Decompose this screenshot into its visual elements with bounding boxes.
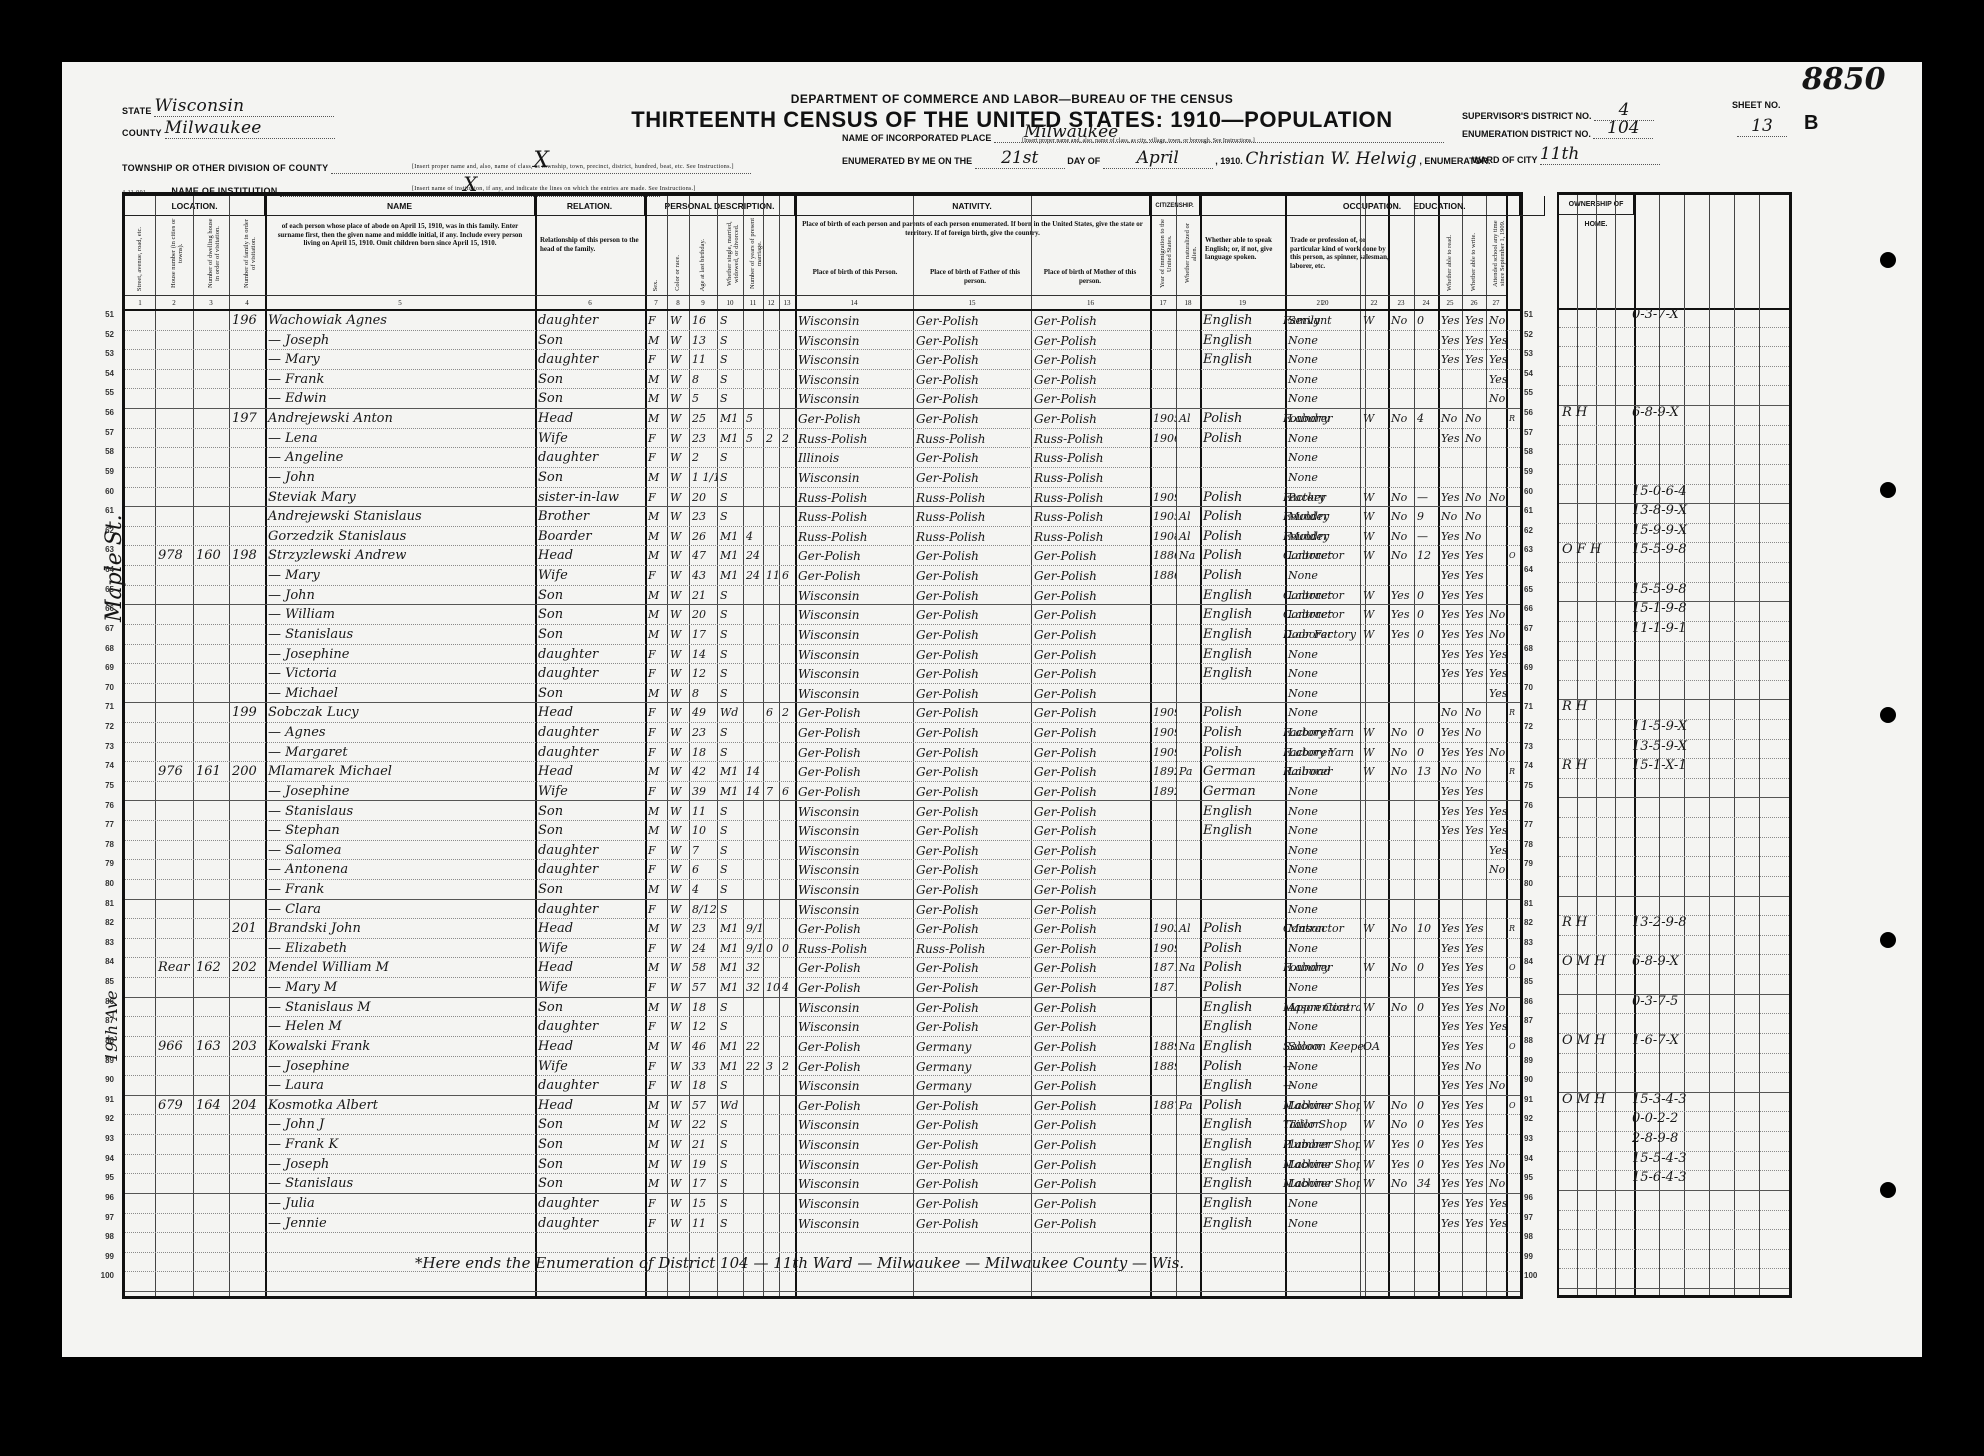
cell-race: W	[667, 1057, 689, 1076]
cell-race	[667, 1272, 689, 1291]
cell-nat	[1176, 1155, 1200, 1174]
cell-emp	[1360, 939, 1388, 958]
table-row	[125, 1272, 1520, 1292]
cell-dwelling	[193, 860, 229, 879]
cell-own: O	[1506, 546, 1520, 565]
cell-own	[1506, 350, 1520, 369]
cell-nat	[1176, 1115, 1200, 1134]
cell-lang	[1200, 448, 1285, 467]
column-number: 23	[1388, 295, 1414, 310]
cell-age: 26	[689, 527, 717, 546]
cell-name: — Frank K	[265, 1135, 535, 1154]
cell-marital: S	[717, 1174, 743, 1193]
cell-school	[1486, 429, 1506, 448]
cell-school: Yes	[1486, 370, 1506, 389]
cell-mother: Ger-Polish	[1031, 684, 1150, 703]
cell-school: No	[1486, 743, 1506, 762]
cell-name: — Frank	[265, 880, 535, 899]
cell-nat	[1176, 1017, 1200, 1036]
cell-marital: S	[717, 468, 743, 487]
ownership-codes: 15-6-4-3	[1562, 1170, 1687, 1185]
cell-write: Yes	[1462, 664, 1486, 683]
cell-industry	[1280, 880, 1360, 899]
ownership-codes	[1562, 660, 1632, 675]
table-row: 199Sobczak LucyHeadFW49Wd62Ger-PolishGer…	[125, 703, 1520, 723]
cell-own	[1506, 448, 1520, 467]
ward-label: WARD OF CITY	[1472, 155, 1537, 165]
cell-dwelling: 164	[193, 1096, 229, 1115]
cell-family	[229, 331, 265, 350]
sheet-letter: B	[1804, 112, 1818, 135]
cell-house	[155, 1115, 193, 1134]
department-title: DEPARTMENT OF COMMERCE AND LABOR—BUREAU …	[562, 92, 1462, 106]
cell-emp: W	[1360, 488, 1388, 507]
cell-yrs	[743, 841, 763, 860]
cell-industry	[1280, 331, 1360, 350]
cell-weeks	[1414, 1214, 1438, 1233]
ownership-codes	[1562, 974, 1632, 989]
cell-mother: Ger-Polish	[1031, 900, 1150, 919]
cell-living	[779, 802, 795, 821]
cell-emp	[1360, 664, 1388, 683]
cell-mother: Russ-Polish	[1031, 527, 1150, 546]
cell-out	[1388, 841, 1414, 860]
cell-born: 3	[763, 1057, 779, 1076]
cell-marital: S	[717, 860, 743, 879]
cell-father: Ger-Polish	[913, 978, 1031, 997]
cell-relation: Head	[535, 546, 645, 565]
cell-living	[779, 1194, 795, 1213]
cell-imm: 1906	[1150, 429, 1176, 448]
cell-family	[229, 841, 265, 860]
cell-house	[155, 331, 193, 350]
cell-relation: Head	[535, 1037, 645, 1056]
cell-relation: Son	[535, 821, 645, 840]
cell-own: R	[1506, 762, 1520, 781]
cell-house	[155, 880, 193, 899]
line-number: 82	[92, 918, 114, 927]
cell-mother: Russ-Polish	[1031, 488, 1150, 507]
cell-industry: Foundry	[1280, 409, 1360, 428]
cell-lang: English	[1200, 1115, 1285, 1134]
cell-marital: S	[717, 586, 743, 605]
cell-father: Ger-Polish	[913, 311, 1031, 330]
column-header-label: Sex.	[652, 280, 659, 291]
cell-sex: M	[645, 409, 667, 428]
cell-birth: Ger-Polish	[795, 566, 913, 585]
cell-read: Yes	[1438, 782, 1462, 801]
line-number-right: 61	[1524, 506, 1546, 515]
cell-house	[155, 703, 193, 722]
cell-birth: Wisconsin	[795, 880, 913, 899]
cell-imm	[1150, 900, 1176, 919]
cell-lang: English	[1200, 1135, 1285, 1154]
cell-race: W	[667, 919, 689, 938]
cell-imm	[1150, 370, 1176, 389]
cell-yrs	[743, 684, 763, 703]
cell-read: Yes	[1438, 605, 1462, 624]
cell-imm: 1871	[1150, 958, 1176, 977]
cell-house	[155, 1194, 193, 1213]
cell-father: Ger-Polish	[913, 1017, 1031, 1036]
cell-mother: Ger-Polish	[1031, 311, 1150, 330]
cell-emp: W	[1360, 409, 1388, 428]
cell-weeks	[1414, 978, 1438, 997]
cell-dwelling	[193, 684, 229, 703]
cell-read	[1438, 1272, 1462, 1291]
table-row: — LauradaughterFW18SWisconsinGermanyGer-…	[125, 1076, 1520, 1096]
cell-weeks: —	[1414, 488, 1438, 507]
cell-write	[1462, 684, 1486, 703]
table-row: — AntonenadaughterFW6SWisconsinGer-Polis…	[125, 860, 1520, 880]
cell-house	[155, 448, 193, 467]
cell-lang: English	[1200, 821, 1285, 840]
birth-father-header: Place of birth of Father of this person.	[920, 268, 1030, 285]
cell-weeks: 0	[1414, 998, 1438, 1017]
cell-name: Strzyzlewski Andrew	[265, 546, 535, 565]
cell-mother: Ger-Polish	[1031, 1115, 1150, 1134]
cell-weeks: 0	[1414, 1135, 1438, 1154]
cell-nat	[1176, 566, 1200, 585]
cell-out	[1388, 1076, 1414, 1095]
cell-living	[779, 605, 795, 624]
cell-dwelling: 161	[193, 762, 229, 781]
cell-nat	[1176, 488, 1200, 507]
cell-weeks	[1414, 939, 1438, 958]
cell-father: Russ-Polish	[913, 429, 1031, 448]
cell-age: 17	[689, 625, 717, 644]
cell-marital: M1	[717, 978, 743, 997]
cell-school	[1486, 1135, 1506, 1154]
cell-family	[229, 586, 265, 605]
cell-write	[1462, 900, 1486, 919]
column-header-label: House number (in cities or towns).	[170, 216, 184, 291]
cell-emp: W	[1360, 919, 1388, 938]
cell-read	[1438, 860, 1462, 879]
cell-lang: German	[1200, 762, 1285, 781]
cell-mother: Ger-Polish	[1031, 1174, 1150, 1193]
line-number-right: 53	[1524, 349, 1546, 358]
cell-dwelling	[193, 880, 229, 899]
cell-living	[779, 468, 795, 487]
cell-write: Yes	[1462, 1115, 1486, 1134]
cell-mother: Ger-Polish	[1031, 703, 1150, 722]
cell-yrs: 24	[743, 566, 763, 585]
cell-own	[1506, 389, 1520, 408]
line-number: 88	[92, 1036, 114, 1045]
cell-marital: S	[717, 370, 743, 389]
cell-house	[155, 1174, 193, 1193]
cell-sex: M	[645, 1096, 667, 1115]
cell-out	[1388, 566, 1414, 585]
line-number-right: 71	[1524, 702, 1546, 711]
cell-relation: daughter	[535, 1076, 645, 1095]
cell-living	[779, 958, 795, 977]
cell-house	[155, 723, 193, 742]
column-number: 25	[1438, 295, 1462, 310]
ownership-codes	[1562, 680, 1632, 695]
cell-own	[1506, 311, 1520, 330]
cell-industry	[1280, 1194, 1360, 1213]
cell-out	[1388, 1272, 1414, 1291]
cell-age: 17	[689, 1174, 717, 1193]
cell-family	[229, 370, 265, 389]
cell-race: W	[667, 782, 689, 801]
cell-write	[1462, 389, 1486, 408]
cell-own	[1506, 429, 1520, 448]
cell-house	[155, 350, 193, 369]
cell-birth: Wisconsin	[795, 860, 913, 879]
line-number: 97	[92, 1213, 114, 1222]
cell-age: 23	[689, 919, 717, 938]
cell-born	[763, 1155, 779, 1174]
cell-read: Yes	[1438, 488, 1462, 507]
name-description: of each person whose place of abode on A…	[270, 222, 530, 248]
cell-mother: Ger-Polish	[1031, 939, 1150, 958]
cell-age	[689, 1272, 717, 1291]
cell-age: 47	[689, 546, 717, 565]
cell-birth: Wisconsin	[795, 350, 913, 369]
cell-dwelling: 160	[193, 546, 229, 565]
cell-out: No	[1388, 507, 1414, 526]
cell-mother: Ger-Polish	[1031, 919, 1150, 938]
cell-mother: Ger-Polish	[1031, 350, 1150, 369]
cell-yrs	[743, 723, 763, 742]
cell-age: 42	[689, 762, 717, 781]
cell-read	[1438, 448, 1462, 467]
cell-emp	[1360, 802, 1388, 821]
cell-read: No	[1438, 762, 1462, 781]
cell-born	[763, 1096, 779, 1115]
cell-age: 6	[689, 860, 717, 879]
cell-relation: Son	[535, 1155, 645, 1174]
cell-race: W	[667, 370, 689, 389]
ownership-codes	[1562, 327, 1632, 342]
cell-own: O	[1506, 1037, 1520, 1056]
cell-nat	[1176, 743, 1200, 762]
cell-dwelling	[193, 919, 229, 938]
cell-read: Yes	[1438, 1057, 1462, 1076]
cell-race: W	[667, 507, 689, 526]
cell-school	[1486, 1037, 1506, 1056]
schedule-codes: 6-8-9-X	[1632, 954, 1679, 969]
cell-sex: M	[645, 546, 667, 565]
cell-age: 58	[689, 958, 717, 977]
cell-birth: Wisconsin	[795, 1076, 913, 1095]
cell-living	[779, 527, 795, 546]
cell-born	[763, 1272, 779, 1291]
cell-emp	[1360, 370, 1388, 389]
cell-race: W	[667, 566, 689, 585]
ownership-value: O M H	[1562, 1033, 1632, 1048]
cell-birth: Illinois	[795, 448, 913, 467]
cell-family	[229, 723, 265, 742]
schedule-codes: 0-3-7-X	[1632, 307, 1679, 322]
cell-name: — Victoria	[265, 664, 535, 683]
cell-family	[229, 664, 265, 683]
cell-dwelling	[193, 488, 229, 507]
cell-age: 13	[689, 331, 717, 350]
ownership-value: R H	[1562, 405, 1632, 420]
cell-race: W	[667, 860, 689, 879]
cell-imm	[1150, 448, 1176, 467]
cell-family	[229, 1155, 265, 1174]
cell-nat	[1176, 860, 1200, 879]
cell-lang	[1200, 880, 1285, 899]
table-row: — JohnSonMW1 1/12SWisconsinGer-PolishRus…	[125, 468, 1520, 488]
trade-header: Trade or profession of, or particular ki…	[1290, 236, 1395, 270]
cell-father: Ger-Polish	[913, 900, 1031, 919]
cell-nat: Na	[1176, 958, 1200, 977]
cell-father: Ger-Polish	[913, 821, 1031, 840]
cell-lang: English	[1200, 664, 1285, 683]
line-number-right: 70	[1524, 683, 1546, 692]
relation-description: Relationship of this person to the head …	[540, 236, 640, 253]
cell-weeks	[1414, 782, 1438, 801]
line-number: 52	[92, 330, 114, 339]
schedule-codes: 15-5-9-8	[1632, 582, 1687, 597]
cell-marital: S	[717, 1194, 743, 1213]
cell-living	[779, 1233, 795, 1252]
cell-sex: F	[645, 645, 667, 664]
cell-born	[763, 1194, 779, 1213]
cell-industry	[1280, 1233, 1360, 1252]
cell-age: 18	[689, 1076, 717, 1095]
table-row: — JosephSonMW19SWisconsinGer-PolishGer-P…	[125, 1155, 1520, 1175]
cell-house	[155, 821, 193, 840]
cell-yrs: 32	[743, 958, 763, 977]
cell-father: Ger-Polish	[913, 370, 1031, 389]
ownership-codes: 0-3-7-5	[1562, 994, 1678, 1009]
cell-own	[1506, 723, 1520, 742]
cell-write: Yes	[1462, 958, 1486, 977]
cell-marital: S	[717, 998, 743, 1017]
ward-value: 11th	[1540, 144, 1660, 165]
cell-mother: Ger-Polish	[1031, 1057, 1150, 1076]
line-number: 95	[92, 1173, 114, 1182]
cell-race: W	[667, 1096, 689, 1115]
cell-nat: Pa	[1176, 1096, 1200, 1115]
cell-father: Ger-Polish	[913, 350, 1031, 369]
cell-family	[229, 1057, 265, 1076]
cell-yrs: 9/12	[743, 919, 763, 938]
cell-relation: Son	[535, 370, 645, 389]
cell-marital: M1	[717, 1037, 743, 1056]
cell-birth: Wisconsin	[795, 370, 913, 389]
cell-born	[763, 350, 779, 369]
cell-dwelling	[193, 605, 229, 624]
schedule-codes: 11-1-9-1	[1632, 621, 1687, 636]
line-number-right: 84	[1524, 957, 1546, 966]
cell-relation: daughter	[535, 1017, 645, 1036]
cell-nat	[1176, 370, 1200, 389]
line-number-right: 65	[1524, 585, 1546, 594]
cell-living	[779, 645, 795, 664]
schedule-codes: 15-5-4-3	[1632, 1151, 1687, 1166]
cell-imm	[1150, 468, 1176, 487]
cell-house	[155, 311, 193, 330]
cell-own	[1506, 1115, 1520, 1134]
line-number: 96	[92, 1193, 114, 1202]
cell-sex: F	[645, 1057, 667, 1076]
ownership-codes: 13-5-9-X	[1562, 739, 1687, 754]
cell-house	[155, 802, 193, 821]
cell-house	[155, 429, 193, 448]
cell-industry: Family	[1280, 311, 1360, 330]
cell-out	[1388, 1017, 1414, 1036]
column-header-label: Whether naturalized or alien.	[1184, 216, 1198, 291]
table-row: — StephanSonMW10SWisconsinGer-PolishGer-…	[125, 821, 1520, 841]
cell-relation: Wife	[535, 978, 645, 997]
cell-marital: S	[717, 880, 743, 899]
cell-yrs: 9/12	[743, 939, 763, 958]
cell-weeks	[1414, 429, 1438, 448]
cell-birth: Russ-Polish	[795, 507, 913, 526]
cell-born	[763, 409, 779, 428]
cell-name: — John	[265, 468, 535, 487]
cell-weeks	[1414, 1233, 1438, 1252]
cell-write: No	[1462, 507, 1486, 526]
table-row: Rear162202Mendel William MHeadMW58M132Ge…	[125, 958, 1520, 978]
cell-relation: Son	[535, 802, 645, 821]
cell-industry: Machine Shop	[1280, 1174, 1360, 1193]
cell-house	[155, 389, 193, 408]
cell-own	[1506, 468, 1520, 487]
cell-write	[1462, 468, 1486, 487]
group-name: NAME	[265, 196, 535, 216]
cell-school: Yes	[1486, 331, 1506, 350]
cell-race: W	[667, 625, 689, 644]
cell-imm: 1909	[1150, 939, 1176, 958]
cell-race: W	[667, 821, 689, 840]
table-row: — JohnSonMW21SWisconsinGer-PolishGer-Pol…	[125, 586, 1520, 606]
cell-emp	[1360, 1057, 1388, 1076]
cell-dwelling	[193, 1253, 229, 1272]
cell-read: Yes	[1438, 1096, 1462, 1115]
cell-nat	[1176, 723, 1200, 742]
sheet-value: 13	[1737, 116, 1787, 137]
cell-weeks	[1414, 664, 1438, 683]
cell-dwelling	[193, 409, 229, 428]
cell-sex: F	[645, 488, 667, 507]
cell-family	[229, 1076, 265, 1095]
cell-dwelling	[193, 1174, 229, 1193]
cell-write: No	[1462, 1057, 1486, 1076]
cell-relation: Son	[535, 468, 645, 487]
cell-living	[779, 389, 795, 408]
cell-house	[155, 998, 193, 1017]
cell-living	[779, 625, 795, 644]
cell-yrs	[743, 389, 763, 408]
line-number-right: 74	[1524, 761, 1546, 770]
cell-born	[763, 762, 779, 781]
cell-imm: 1905	[1150, 507, 1176, 526]
ownership-codes	[1562, 1268, 1632, 1283]
cell-own	[1506, 488, 1520, 507]
cell-weeks	[1414, 1194, 1438, 1213]
cell-nat	[1176, 429, 1200, 448]
cell-marital: S	[717, 605, 743, 624]
cell-own	[1506, 1253, 1520, 1272]
cell-marital: S	[717, 625, 743, 644]
cell-yrs	[743, 1076, 763, 1095]
cell-lang: Polish	[1200, 429, 1285, 448]
cell-own	[1506, 370, 1520, 389]
cell-name: — Stephan	[265, 821, 535, 840]
cell-sex: M	[645, 821, 667, 840]
cell-name: — Lena	[265, 429, 535, 448]
cell-father: Ger-Polish	[913, 664, 1031, 683]
